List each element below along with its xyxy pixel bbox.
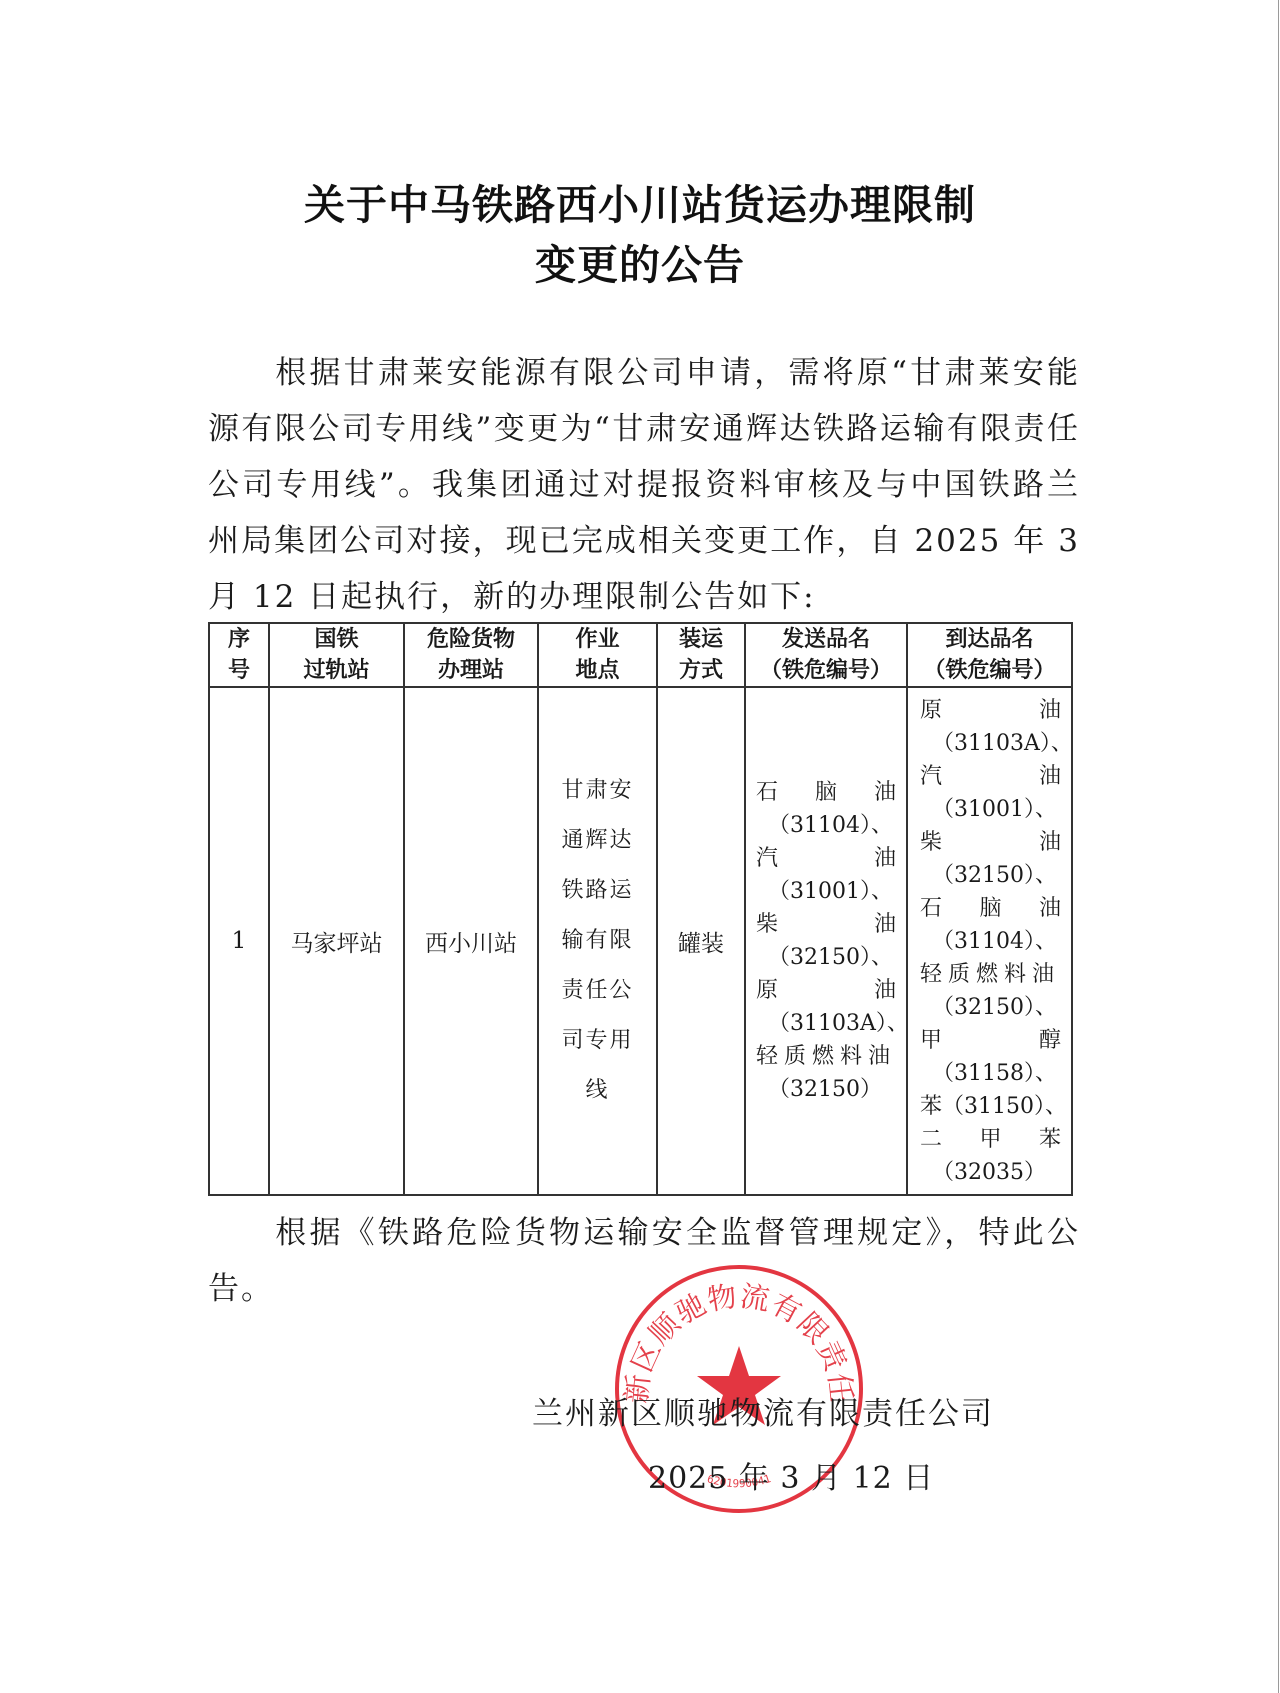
- goods-name: 柴油: [920, 826, 1061, 859]
- table-header-row: 序号 国铁过轨站 危险货物办理站 作业地点 装运方式 发送品名（铁危编号） 到达…: [209, 623, 1072, 687]
- goods-item: 苯（31150）、: [920, 1090, 1061, 1123]
- goods-item: 轻质燃料油（32150）: [756, 1040, 896, 1106]
- document-title-line-2: 变更的公告: [0, 232, 1280, 291]
- goods-code: （31103A）、: [756, 1007, 896, 1040]
- goods-item: 原油（31103A）、: [920, 694, 1061, 760]
- goods-name: 轻质燃料油: [756, 1040, 896, 1073]
- header-dangerous-goods-station: 危险货物办理站: [404, 623, 538, 687]
- signature-date: 2025 年 3 月 12 日: [648, 1453, 934, 1497]
- cell-seq: 1: [209, 687, 269, 1195]
- goods-name: 原油: [756, 974, 896, 1007]
- cell-arrival-goods: 原油（31103A）、 汽油（31001）、 柴油（32150）、 石脑油（31…: [907, 687, 1072, 1195]
- goods-code: （32150）、: [920, 991, 1061, 1024]
- goods-code: （31103A）、: [920, 727, 1061, 760]
- goods-code: （31150）、: [942, 1090, 1067, 1123]
- goods-name: 柴油: [756, 908, 896, 941]
- header-seq: 序号: [209, 623, 269, 687]
- goods-name: 二甲苯: [920, 1123, 1061, 1156]
- goods-name: 苯: [920, 1090, 942, 1123]
- header-sent-goods: 发送品名（铁危编号）: [745, 623, 907, 687]
- goods-name: 原油: [920, 694, 1061, 727]
- goods-item: 石脑油（31104）、: [920, 892, 1061, 958]
- intro-paragraph-text: 根据甘肃莱安能源有限公司申请，需将原“甘肃莱安能源有限公司专用线”变更为“甘肃安…: [208, 355, 1080, 615]
- header-arrival-goods: 到达品名（铁危编号）: [907, 623, 1072, 687]
- goods-name: 汽油: [756, 842, 896, 875]
- header-loading-method: 装运方式: [657, 623, 745, 687]
- goods-code: （32150）: [756, 1073, 896, 1106]
- table-row: 1 马家坪站 西小川站 甘肃安通辉达铁路运输有限责任公司专用线 罐装 石脑油（3…: [209, 687, 1072, 1195]
- goods-item: 二甲苯（32035）: [920, 1123, 1061, 1189]
- goods-item: 轻质燃料油（32150）、: [920, 958, 1061, 1024]
- goods-item: 原油（31103A）、: [756, 974, 896, 1040]
- header-work-site: 作业地点: [538, 623, 657, 687]
- goods-code: （31104）、: [920, 925, 1061, 958]
- cell-loading-method: 罐装: [657, 687, 745, 1195]
- goods-code: （31158）、: [920, 1057, 1061, 1090]
- goods-code: （32150）、: [920, 859, 1061, 892]
- cell-work-site: 甘肃安通辉达铁路运输有限责任公司专用线: [538, 687, 657, 1195]
- goods-item: 甲醇（31158）、: [920, 1024, 1061, 1090]
- goods-code: （31104）、: [756, 809, 896, 842]
- work-site-text: 甘肃安通辉达铁路运输有限责任公司专用线: [561, 766, 635, 1116]
- intro-paragraph: 根据甘肃莱安能源有限公司申请，需将原“甘肃莱安能源有限公司专用线”变更为“甘肃安…: [208, 345, 1080, 625]
- goods-name: 石脑油: [920, 892, 1061, 925]
- goods-code: （32035）: [920, 1156, 1061, 1189]
- document-title-line-1: 关于中马铁路西小川站货运办理限制: [0, 172, 1280, 231]
- goods-name: 汽油: [920, 760, 1061, 793]
- arrival-goods-list: 原油（31103A）、 汽油（31001）、 柴油（32150）、 石脑油（31…: [908, 694, 1071, 1189]
- goods-item: 柴油（32150）、: [756, 908, 896, 974]
- goods-item: 石脑油（31104）、: [756, 776, 896, 842]
- restriction-table: 序号 国铁过轨站 危险货物办理站 作业地点 装运方式 发送品名（铁危编号） 到达…: [208, 622, 1073, 1196]
- goods-name: 甲醇: [920, 1024, 1061, 1057]
- cell-sent-goods: 石脑油（31104）、 汽油（31001）、 柴油（32150）、 原油（311…: [745, 687, 907, 1195]
- goods-item: 柴油（32150）、: [920, 826, 1061, 892]
- signatory-company: 兰州新区顺驰物流有限责任公司: [532, 1388, 994, 1433]
- cell-dangerous-goods-station: 西小川站: [404, 687, 538, 1195]
- goods-code: （32150）、: [756, 941, 896, 974]
- goods-item: 汽油（31001）、: [756, 842, 896, 908]
- cell-transfer-station: 马家坪站: [269, 687, 404, 1195]
- goods-code: （31001）、: [756, 875, 896, 908]
- header-transfer-station: 国铁过轨站: [269, 623, 404, 687]
- goods-name: 石脑油: [756, 776, 896, 809]
- goods-code: （31001）、: [920, 793, 1061, 826]
- goods-item: 汽油（31001）、: [920, 760, 1061, 826]
- sent-goods-list: 石脑油（31104）、 汽油（31001）、 柴油（32150）、 原油（311…: [746, 776, 906, 1106]
- goods-name: 轻质燃料油: [920, 958, 1061, 991]
